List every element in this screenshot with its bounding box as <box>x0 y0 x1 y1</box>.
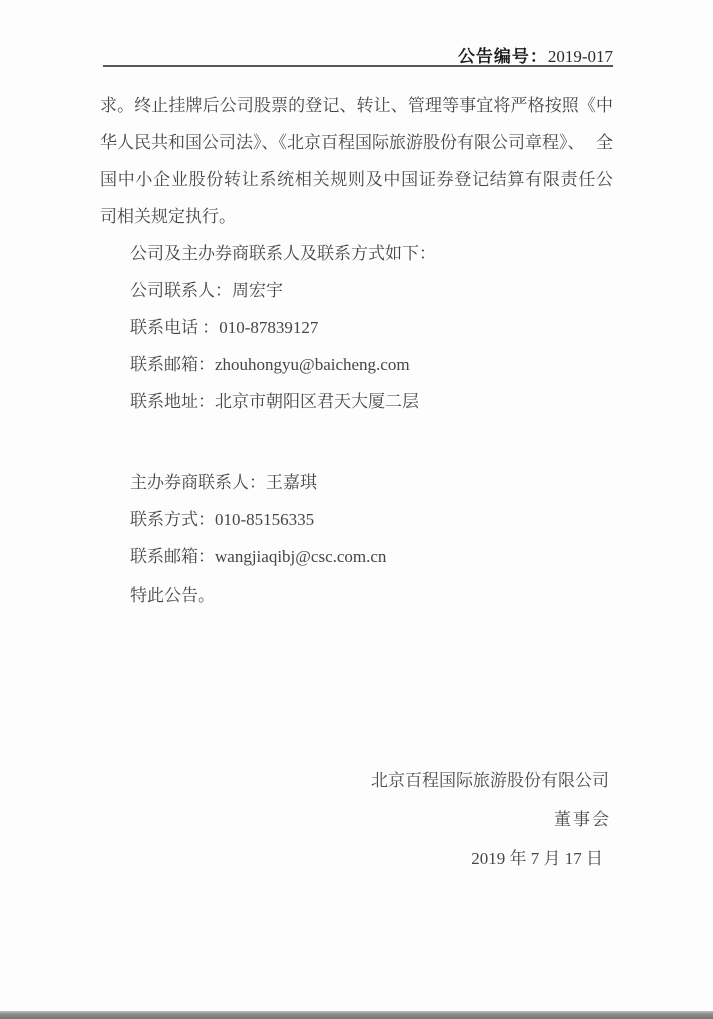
company-contact-email: 联系邮箱：zhouhongyu@baicheng.com <box>100 346 613 383</box>
closing-statement-block: 特此公告。 <box>100 577 613 614</box>
sponsor-contact-email: 联系邮箱：wangjiaqibj@csc.com.cn <box>100 538 613 575</box>
signature-date: 2019 年 7 月 17 日 <box>100 839 613 878</box>
company-contact-person: 公司联系人：周宏宇 <box>100 272 613 309</box>
contact-intro: 公司及主办券商联系人及联系方式如下： <box>100 235 613 272</box>
document-page: 公告编号：2019-017 求。终止挂牌后公司股票的登记、转让、管理等事宜将严格… <box>0 0 713 1019</box>
announcement-number-label: 公告编号： <box>458 47 548 66</box>
body-line-2-main: 华人民共和国公司法》、《北京百程国际旅游股份有限公司章程》、 <box>100 124 585 161</box>
company-contact-address: 联系地址：北京市朝阳区君天大厦二层 <box>100 383 613 420</box>
announcement-number: 公告编号：2019-017 <box>100 42 613 67</box>
body-line-1: 求。终止挂牌后公司股票的登记、转让、管理等事宜将严格按照《中 <box>100 87 613 124</box>
announcement-number-value: 2019-017 <box>548 47 613 66</box>
body-line-3: 国中小企业股份转让系统相关规则及中国证券登记结算有限责任公 <box>100 161 613 198</box>
sponsor-contact-section: 主办券商联系人：王嘉琪 联系方式：010-85156335 联系邮箱：wangj… <box>100 464 613 575</box>
company-contact-section: 公司及主办券商联系人及联系方式如下： 公司联系人：周宏宇 联系电话 ：010-8… <box>100 235 613 420</box>
signature-board: 董事会 <box>100 800 613 839</box>
body-paragraph: 求。终止挂牌后公司股票的登记、转让、管理等事宜将严格按照《中 华人民共和国公司法… <box>100 87 613 235</box>
page-bottom-scan-edge <box>0 1011 713 1019</box>
sponsor-contact-phone: 联系方式：010-85156335 <box>100 501 613 538</box>
signature-company-name: 北京百程国际旅游股份有限公司 <box>100 761 613 800</box>
body-line-2-tail: 全 <box>596 124 613 161</box>
body-line-2: 华人民共和国公司法》、《北京百程国际旅游股份有限公司章程》、 全 <box>100 124 613 161</box>
signature-block: 北京百程国际旅游股份有限公司 董事会 2019 年 7 月 17 日 <box>100 761 613 878</box>
header-divider-line <box>103 65 613 67</box>
sponsor-contact-person: 主办券商联系人：王嘉琪 <box>100 464 613 501</box>
body-line-4: 司相关规定执行。 <box>100 198 613 235</box>
closing-statement: 特此公告。 <box>100 577 613 614</box>
company-contact-phone: 联系电话 ：010-87839127 <box>100 309 613 346</box>
